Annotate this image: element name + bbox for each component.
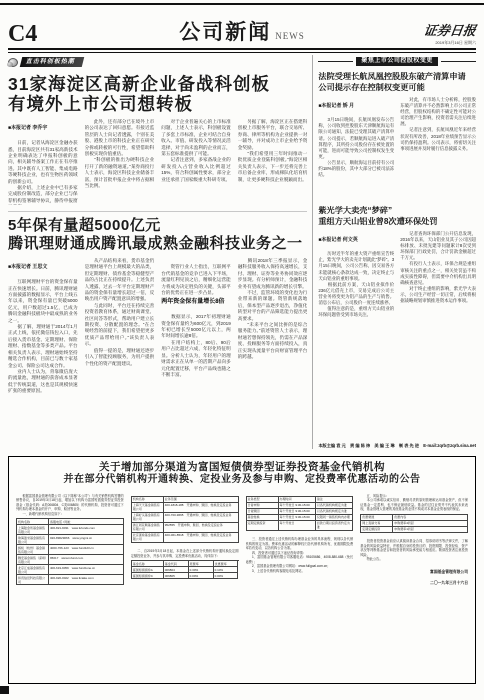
announcement-col3-text: 三、投资者通过上述代销机构办理基金业务的具体流程、规则以各代销机构的规定为准。费… xyxy=(246,537,354,573)
article-r1-headline-line2: 公司提示存在控制权变更可能 xyxy=(318,82,476,93)
main-content: 直击科创板热潮 31家海淀区高新企业备战科创板 有境外上市公司想转板 ■本报记者… xyxy=(8,55,476,449)
section-title-zh: 公司新闻 xyxy=(179,20,271,44)
article-r1-column-1: ■本报记者 矫 月 3月15日晚间，长航凤凰发布公告称，公司收到控股股东天津顺航… xyxy=(318,97,394,197)
article2-column-3: 资管行业人士指出，互联网平台代销基金的竞争已进入下半场，流量红利见顶之后，精细化… xyxy=(161,258,231,442)
announcement-column-1: 根据富国基金管理有限公司（以下简称“本公司”）与有关销售机构签署的销售协议，自2… xyxy=(16,489,124,673)
kicker-line-left xyxy=(318,61,353,62)
article-r1-column1-text: 3月15日晚间，长航凤凰发布公告称，公司收到控股股东天津顺航海运有限公司通知，法… xyxy=(318,117,394,177)
right-kicker: 聚焦上市公司控股权变更 xyxy=(318,56,476,66)
announcement-col1-text: 根据富国基金管理有限公司（以下简称“本公司”）与有关销售机构签署的销售协议，自2… xyxy=(16,494,124,516)
article1-column-4: 另据了解，海淀区正在搭建科创板上市服务平台，联合交易所、券商、律所等机构为企业提… xyxy=(238,119,308,205)
announcement-title-line2: 并在部分代销机构开通转换、定投业务及参与申购、定投费率优惠活动的公告 xyxy=(16,474,468,486)
announcement-col2-note: 二、自2019年3月18日起，本基金在上述部分代销机构开通转换及定期定额投资业务… xyxy=(131,549,239,558)
section-title: 公司新闻 NEWS xyxy=(98,16,386,46)
announcement-column-2: 机构名称业务范围上海天天基金销售有限公司400-1818-188 开通申购、赎回… xyxy=(131,489,239,673)
page-corner-mark xyxy=(0,686,9,694)
article1-column-2: 此外，还有部分已在境外上市的公司表达了回归意愿。有接近监管层的人士向记者透露，个… xyxy=(85,119,155,205)
article1-column-3: 对于企业普遍关心的上市标准问题，上述人士表示，科创板设置了多套上市标准，企业可结… xyxy=(161,119,231,205)
article1-headline-line1: 31家海淀区高新企业备战科创板 xyxy=(8,74,307,94)
article1-kicker: 直击科创板热潮 xyxy=(8,56,307,68)
article-star-market: 直击科创板热潮 31家海淀区高新企业备战科创板 有境外上市公司想转板 ■本报记者… xyxy=(8,56,307,205)
article1-byline: ■本报记者 李乔宇 xyxy=(8,125,78,131)
page-header: C4 公司新闻 NEWS 证券日报 2019年3月16日 星期六 xyxy=(8,16,476,46)
article2-column-4: 腾讯2018年三季报显示，金融科技服务收入保持高速增长，支付、理财、证券等业务协… xyxy=(238,258,308,442)
left-section: 直击科创板热潮 31家海淀区高新企业备战科创板 有境外上市公司想转板 ■本报记者… xyxy=(8,55,307,449)
announcement-column-4: 五、风险提示： 本公司承诺以诚实信用、勤勉尽责的原则管理和运用基金资产，但不保证… xyxy=(360,489,468,673)
article1-headline-line2: 有境外上市公司想转板 xyxy=(8,94,307,114)
article-r2-column1-text: 历时近半年的重大资产重组宣告终止，紫光学大的卖壳计划就此“梦碎”。3月15日晚间… xyxy=(318,251,394,317)
article2-column-2: 从产品结构来看，货币基金仍是理财通平台上规模最大的品类，但定期理财、债券基金等稳… xyxy=(85,258,155,442)
kicker-line-right xyxy=(441,61,476,62)
column-divider xyxy=(312,55,313,449)
right-section: 聚焦上市公司控股权变更 法院受理长航凤凰控股股东破产清算申请 公司提示存在控制权… xyxy=(318,55,476,449)
article-ziguang: 紫光学大卖壳“梦碎” 重组方天山铝业曾8次遭环保处罚 ■本报记者 何文英 历时近… xyxy=(318,205,476,385)
edition-credits: 本版主编 袁 元 责 编 陈 炜 美 编 王 琳 制 表 先 进 E-mail:… xyxy=(318,440,476,449)
article-r2-column-2: 记者查询环保部门公开信息发现，2016年以来，天山铝业及其子公司因超标排放、未批… xyxy=(400,231,476,385)
signature-company: 富国基金管理有限公司 xyxy=(360,570,468,576)
article2-column3-text-a: 资管行业人士指出，互联网平台代销基金的竞争已进入下半场，流量红利见顶之后，精细化… xyxy=(161,264,231,295)
discount-channel-table: 优惠渠道优惠内容网上直销交易申购费率4折起定期定额投资申购费率1折起 xyxy=(360,514,468,533)
agency-table-2: 机构名称业务范围上海天天基金销售有限公司400-1818-188 开通申购、赎回… xyxy=(131,496,239,543)
article-r1-byline: ■本报记者 矫 月 xyxy=(318,103,394,109)
right-kicker-label: 聚焦上市公司控股权变更 xyxy=(356,57,438,66)
announcement-col4-text1: 五、风险提示： 本公司承诺以诚实信用、勤勉尽责的原则管理和运用基金资产，但不保证… xyxy=(360,494,468,512)
article2-body: ■本报记者 王思文 互联网理财平台的资金保有量正在快速增长。日前，腾讯理财通方面… xyxy=(8,258,307,442)
article2-column-1: ■本报记者 王思文 互联网理财平台的资金保有量正在快速增长。日前，腾讯理财通方面… xyxy=(8,258,78,442)
agency-table-1: 机构名称客服电话 / 网址上海陆金所基金销售有限公司400-821-9031 w… xyxy=(16,518,124,585)
announcement-body: 根据富国基金管理有限公司（以下简称“本公司”）与有关销售机构签署的销售协议，自2… xyxy=(16,489,468,673)
article-r1-headline-line1: 法院受理长航凤凰控股股东破产清算申请 xyxy=(318,71,476,82)
article-r2-body: ■本报记者 何文英 历时近半年的重大资产重组宣告终止，紫光学大的卖壳计划就此“梦… xyxy=(318,231,476,385)
article-licaitong: 5年保有量超5000亿元 腾讯理财通成腾讯最成熟金融科技业务之一 ■本报记者 王… xyxy=(8,217,307,442)
article-r1-body: ■本报记者 矫 月 3月15日晚间，长航凤凰发布公告称，公司收到控股股东天津顺航… xyxy=(318,97,476,197)
header-rule xyxy=(8,48,476,53)
announcement-signature: 富国基金管理有限公司 二〇一九年三月十六日 xyxy=(360,565,468,593)
article-r1-headline: 法院受理长航凤凰控股股东破产清算申请 公司提示存在控制权变更可能 xyxy=(318,71,476,93)
article1-column-1: ■本报记者 李乔宇 日前，记者从海淀区金融办获悉，目前海淀区共有31家高新技术企… xyxy=(8,119,78,205)
signature-date: 二〇一九年三月十六日 xyxy=(360,581,468,587)
article-divider xyxy=(8,211,307,212)
masthead: 证券日报 2019年3月16日 星期六 xyxy=(386,20,476,46)
masthead-date: 2019年3月16日 星期六 xyxy=(386,40,476,46)
article2-byline: ■本报记者 王思文 xyxy=(8,264,78,270)
announcement-title-line1: 关于增加部分渠道为富国短债债券型证券投资基金代销机构 xyxy=(16,461,468,474)
article1-kicker-label: 直击科创板热潮 xyxy=(20,57,85,67)
article-r2-headline-line2: 重组方天山铝业曾8次遭环保处罚 xyxy=(318,216,476,227)
article2-headline: 5年保有量超5000亿元 腾讯理财通成腾讯最成熟金融科技业务之一 xyxy=(8,217,307,253)
article-changhang: 法院受理长航凤凰控股股东破产清算申请 公司提示存在控制权变更可能 ■本报记者 矫… xyxy=(318,71,476,197)
masthead-logo: 证券日报 xyxy=(385,20,478,39)
newspaper-page: C4 公司新闻 NEWS 证券日报 2019年3月16日 星期六 直击科创板热潮… xyxy=(0,0,484,700)
article1-headline: 31家海淀区高新企业备战科创板 有境外上市公司想转板 xyxy=(8,74,307,114)
article-r2-headline-line1: 紫光学大卖壳“梦碎” xyxy=(318,205,476,216)
article2-headline-line1: 5年保有量超5000亿元 xyxy=(8,217,307,235)
section-title-en: NEWS xyxy=(275,31,305,41)
business-rules-table: 业务类型办理时间备注日常申购每个开放日 9:30-15:00以各代销机构规定为准… xyxy=(246,496,354,531)
article2-column3-text-b: 数据显示，2017年初理财通资金保有量约为600亿元，到2019年初已增长至50… xyxy=(161,314,231,377)
article1-body: ■本报记者 李乔宇 日前，记者从海淀区金融办获悉，目前海淀区共有31家高新技术企… xyxy=(8,119,307,205)
article-r2-headline: 紫光学大卖壳“梦碎” 重组方天山铝业曾8次遭环保处罚 xyxy=(318,205,476,227)
fund-announcement-box: 关于增加部分渠道为富国短债债券型证券投资基金代销机构 并在部分代销机构开通转换、… xyxy=(8,456,476,684)
announcement-column-3: 业务类型办理时间备注日常申购每个开放日 9:30-15:00以各代销机构规定为准… xyxy=(246,489,354,673)
article2-headline-line2: 腾讯理财通成腾讯最成熟金融科技业务之一 xyxy=(8,235,307,253)
fee-discount-table: 基金名称基金代码原费率优惠费率富国短债债券A0068040.30%0.10%富国… xyxy=(131,560,239,579)
article-r1-column-2: 对此，有市场人士分析称，控股股东破产清算并不必然影响上市公司正常经营，但股权结构… xyxy=(400,97,476,197)
article-r2-column-1: ■本报记者 何文英 历时近半年的重大资产重组宣告终止，紫光学大的卖壳计划就此“梦… xyxy=(318,231,394,385)
article2-subhead: 两年资金保有量增长8倍 xyxy=(161,299,231,305)
article1-column1-text: 日前，记者从海淀区金融办获悉，目前海淀区共有31家高新技术企业明确表达了申报科创… xyxy=(8,140,78,205)
article2-column1-text: 互联网理财平台的资金保有量正在快速增长。日前，腾讯理财通方面披露的数据显示，平台… xyxy=(8,279,78,393)
announcement-col4-text2: 投资者投资基金前应认真阅读基金合同、招募说明书等法律文件，了解基金的风险收益特征… xyxy=(360,539,468,561)
article-r2-byline: ■本报记者 何文英 xyxy=(318,237,394,243)
globe-icon xyxy=(8,58,18,67)
top-rule xyxy=(0,3,484,5)
page-number: C4 xyxy=(8,22,98,46)
